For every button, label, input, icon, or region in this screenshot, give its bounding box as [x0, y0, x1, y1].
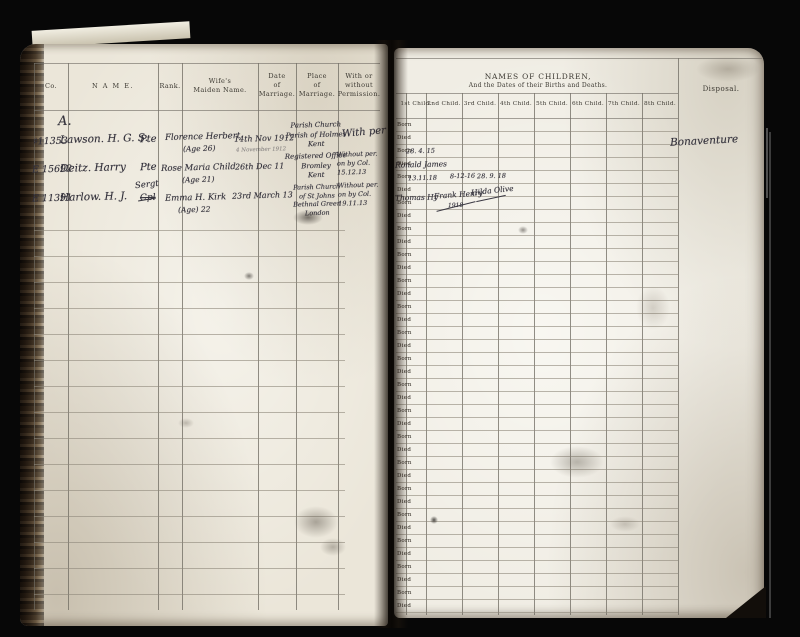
row1-wife-age: (Age 26) [183, 144, 216, 154]
row-rule [396, 482, 678, 483]
died-label: Died [397, 499, 411, 505]
row-rule [34, 464, 345, 465]
row-rule [396, 521, 678, 522]
deitz-date-b: 8-12-16 [450, 172, 475, 181]
born-label: Born [397, 590, 412, 596]
dog-eared-corner [726, 586, 766, 618]
row-rule [396, 560, 678, 561]
died-label: Died [397, 395, 411, 401]
page-stack-edge-highlight [766, 128, 768, 198]
row-rule [396, 599, 678, 600]
row-rule [396, 235, 678, 236]
row-rule [34, 516, 345, 517]
child-column-header: 7th Child. [608, 101, 640, 107]
row1-rank: Pte [140, 134, 157, 145]
row-rule [396, 612, 678, 613]
lawson-disposal-entry: Bonaventure [670, 133, 739, 149]
died-label: Died [397, 447, 411, 453]
row3-permission: Without per. on by Col. 19.11.13 [338, 180, 387, 208]
row-rule [396, 586, 678, 587]
row1-name: Lawson. H. G. S. [60, 132, 148, 146]
row-rule [396, 222, 678, 223]
row3-date: 23rd March 13 [232, 190, 293, 201]
column-rule [426, 93, 427, 615]
row-rule [396, 534, 678, 535]
row1-wife: Florence Herbert [165, 131, 241, 143]
born-label: Born [397, 512, 412, 518]
table-top-rule [396, 58, 762, 59]
born-label: Born [397, 538, 412, 544]
row2-date: 26th Dec 11 [235, 161, 285, 171]
table-top-rule [34, 63, 380, 64]
born-label: Born [397, 330, 412, 336]
born-label: Born [397, 486, 412, 492]
row-rule [396, 469, 678, 470]
row-rule [396, 391, 678, 392]
row2-name: Deitz. Harry [60, 161, 126, 175]
row-rule [396, 287, 678, 288]
row-rule [396, 144, 678, 145]
row-rule [34, 412, 345, 413]
died-label: Died [397, 187, 411, 193]
row-rule [34, 542, 345, 543]
born-label: Born [397, 226, 412, 232]
child-column-header: 6th Child. [572, 101, 604, 107]
row-rule [34, 308, 345, 309]
died-label: Died [397, 369, 411, 375]
col-header-co: Co. [45, 82, 57, 91]
row2-wife: Rose Maria Child [161, 162, 236, 174]
died-label: Died [397, 291, 411, 297]
row-rule [396, 326, 678, 327]
child-column-header: 8th Child. [644, 101, 676, 107]
row-rule [396, 352, 678, 353]
row3-wife: Emma H. Kirk [165, 192, 226, 204]
row-rule [396, 183, 678, 184]
died-label: Died [397, 551, 411, 557]
died-label: Died [397, 473, 411, 479]
died-label: Died [397, 161, 411, 167]
died-label: Died [397, 265, 411, 271]
row2-wife-age: (Age 21) [182, 175, 215, 185]
row-rule [396, 313, 678, 314]
died-label: Died [397, 343, 411, 349]
left-page: Co. N A M E. Rank. Wife's Maiden Name. D… [20, 44, 388, 626]
book-binding-edge [20, 44, 44, 626]
born-label: Born [397, 278, 412, 284]
row-rule [396, 404, 678, 405]
row3-rank-new: Sergt [135, 179, 160, 191]
row-rule [396, 248, 678, 249]
col-header-wife: Wife's Maiden Name. [193, 77, 246, 95]
row-rule [34, 282, 345, 283]
died-label: Died [397, 317, 411, 323]
children-header-rule [396, 93, 678, 94]
row-rule [396, 274, 678, 275]
scanned-register-spread: Co. N A M E. Rank. Wife's Maiden Name. D… [0, 0, 800, 637]
column-rule [406, 93, 407, 615]
row1-date-note: 4 November 1912 [236, 146, 286, 153]
born-label: Born [397, 304, 412, 310]
row-rule [396, 443, 678, 444]
row-rule [396, 417, 678, 418]
died-label: Died [397, 421, 411, 427]
deitz-date-a: 13.11.18 [408, 174, 437, 183]
col-header-rank: Rank. [159, 82, 180, 91]
page-stack-edge [769, 132, 771, 618]
row-rule [396, 547, 678, 548]
row-rule [396, 430, 678, 431]
row-rule [34, 230, 345, 231]
row-rule [396, 300, 678, 301]
born-label: Born [397, 200, 412, 206]
born-label: Born [397, 460, 412, 466]
column-rule [606, 93, 607, 615]
right-page: NAMES OF CHILDREN, And the Dates of thei… [394, 48, 764, 618]
child-column-header: 5th Child. [536, 101, 568, 107]
column-rule [570, 93, 571, 615]
row2-permission: Without per. on by Col. 15.12.13 [337, 149, 388, 177]
section-label: A. [58, 114, 72, 129]
row-rule [396, 170, 678, 171]
row3-name: Harlow. H. J. [60, 190, 127, 204]
row-rule [34, 334, 345, 335]
row-rule [34, 568, 345, 569]
disposal-header: Disposal. [703, 85, 740, 93]
row-rule [396, 456, 678, 457]
born-label: Born [397, 174, 412, 180]
header-bottom-rule [34, 110, 380, 111]
born-label: Born [397, 252, 412, 258]
row-rule [396, 365, 678, 366]
row-rule [34, 490, 345, 491]
child-column-header: 2nd Child. [427, 101, 460, 107]
children-header-title: NAMES OF CHILDREN, [485, 72, 592, 81]
row1-permission: With per [342, 125, 387, 140]
born-label: Born [397, 382, 412, 388]
column-rule [158, 63, 159, 610]
col-header-place: Place of Marriage. [299, 72, 335, 99]
born-label: Born [397, 122, 412, 128]
died-label: Died [397, 603, 411, 609]
row-rule [34, 360, 345, 361]
row-rule [396, 573, 678, 574]
column-rule [534, 93, 535, 615]
row-rule [396, 378, 678, 379]
row-rule [396, 339, 678, 340]
column-rule [642, 93, 643, 615]
row-rule [396, 261, 678, 262]
row-rule [396, 508, 678, 509]
row-rule [34, 256, 345, 257]
children-header-subtitle: And the Dates of their Births and Deaths… [469, 82, 607, 89]
col-header-date: Date of Marriage. [259, 72, 295, 99]
died-label: Died [397, 213, 411, 219]
born-label: Born [397, 408, 412, 414]
row3-rank-struck: Cpl [140, 193, 156, 203]
child-column-header: 3rd Child. [464, 101, 496, 107]
born-label: Born [397, 148, 412, 154]
row3-wife-age: (Age) 22 [178, 205, 211, 215]
row-rule [396, 131, 678, 132]
deitz-date-c: 28. 9. 18 [477, 172, 506, 181]
col-header-permission: With or without Permission. [338, 72, 381, 99]
row-rule [34, 386, 345, 387]
died-label: Died [397, 135, 411, 141]
column-rule [258, 63, 259, 610]
row-rule [396, 495, 678, 496]
col-header-name: N A M E. [92, 82, 134, 91]
row-rule [34, 594, 345, 595]
row-rule [396, 157, 678, 158]
row1-place: Parish Church Parish of Holmes Kent [283, 120, 350, 150]
born-label: Born [397, 356, 412, 362]
row2-rank: Pte [140, 162, 157, 173]
died-label: Died [397, 239, 411, 245]
subheader-bottom-rule [396, 118, 678, 119]
died-label: Died [397, 525, 411, 531]
died-label: Died [397, 577, 411, 583]
born-label: Born [397, 564, 412, 570]
child-column-header: 4th Child. [500, 101, 532, 107]
born-label: Born [397, 434, 412, 440]
row-rule [34, 438, 345, 439]
